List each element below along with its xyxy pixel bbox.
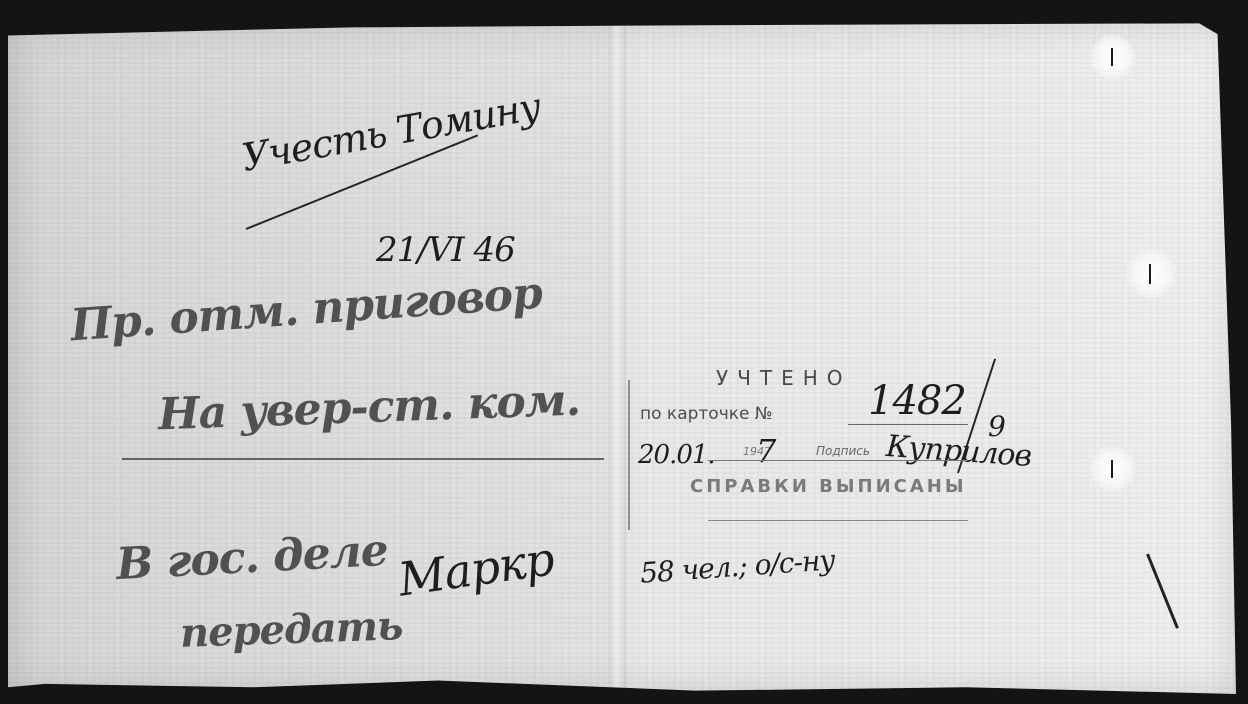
punch-hole: [1090, 446, 1136, 492]
stamp-bottom-line: [708, 520, 968, 521]
right-note: 58 чел.; о/с-ну: [639, 543, 836, 590]
stamp-title: УЧТЕНО: [716, 366, 852, 390]
resolution-text: Учесть Томину: [238, 84, 543, 180]
note-upper-line2: На увер-ст. ком.: [157, 375, 580, 441]
fold-crease: [608, 22, 626, 694]
stamp-card-underline: [848, 424, 968, 425]
note-lower-signature: Маркр: [395, 531, 557, 606]
separator-line: [122, 458, 604, 460]
stamp-card-label: по карточке №: [640, 404, 773, 424]
document-paper: Учесть Томину 21/VI 46 Пр. отм. приговор…: [8, 22, 1236, 694]
stamp-issued-label: СПРАВКИ ВЫПИСАНЫ: [690, 476, 967, 497]
stamp-date: 20.01.: [638, 440, 715, 470]
resolution-date: 21/VI 46: [376, 230, 515, 270]
stamp-signature-line: [708, 460, 968, 461]
punch-hole: [1126, 250, 1176, 298]
stamp-card-number: 1482: [868, 378, 966, 424]
registration-stamp: УЧТЕНО по карточке № 1482 9 20.01. 1947 …: [628, 360, 978, 530]
note-upper-line1: Пр. отм. приговор: [69, 268, 544, 352]
note-lower-line1: В гос. деле: [115, 525, 389, 590]
stamp-frame: [628, 380, 630, 530]
stamp-signature: Куприлов: [885, 429, 1032, 474]
stamp-year-handwritten: 7: [756, 432, 775, 470]
paper-tear: [1146, 553, 1179, 628]
stamp-signature-label: Подпись: [816, 444, 870, 458]
punch-hole: [1090, 34, 1136, 80]
note-lower-line2: передать: [179, 602, 403, 657]
